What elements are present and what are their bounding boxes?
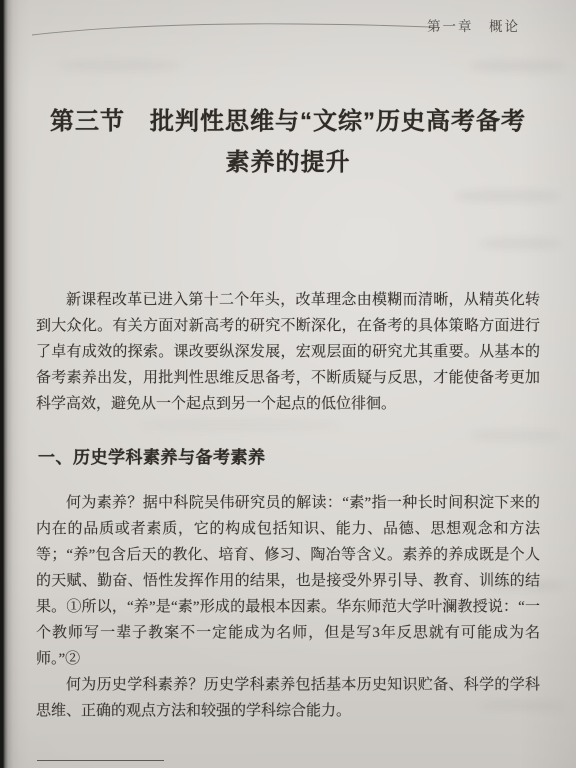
running-head-chapter: 第一章 概论: [427, 15, 520, 35]
page-showthrough: [470, 430, 560, 441]
paragraph-intro: 新课程改革已进入第十二个年头，改革理念由模糊而清晰，从精英化转到大众化。有关方面…: [36, 287, 540, 417]
page-showthrough: [455, 190, 560, 202]
paragraph-suyang-definition: 何为素养？据中科院吴伟研究员的解读：“素”指一种长时间积淀下来的内在的品质或者素…: [36, 490, 540, 672]
section-title-line1: 第三节 批判性思维与“文综”历史高考备考: [36, 101, 540, 142]
running-head-rule: [30, 20, 442, 38]
paragraph-history-suyang: 何为历史学科素养？历史学科素养包括基本历史知识贮备、科学的学科思维、正确的观点方…: [36, 672, 540, 724]
subsection-heading: 一、历史学科素养与备考素养: [38, 443, 266, 468]
section-title-line2: 素养的提升: [36, 142, 540, 183]
page-showthrough: [140, 420, 340, 430]
page-showthrough: [480, 238, 560, 249]
book-page-photo: 第一章 概论 第三节 批判性思维与“文综”历史高考备考 素养的提升 新课程改革已…: [0, 0, 576, 768]
page-showthrough: [470, 60, 565, 72]
footnote-separator-rule: [37, 760, 164, 761]
section-title: 第三节 批判性思维与“文综”历史高考备考 素养的提升: [36, 101, 540, 183]
page-showthrough: [60, 60, 180, 71]
